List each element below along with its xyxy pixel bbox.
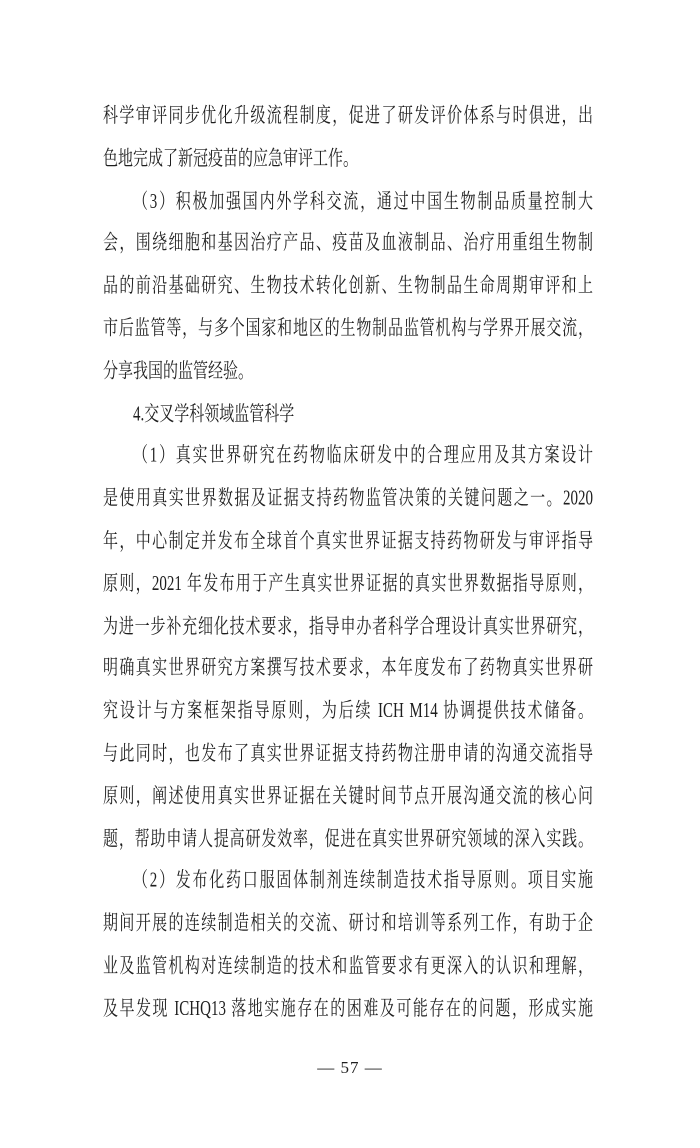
text-line: 与此同时，也发布了真实世界证据支持药物注册申请的沟通交流指导	[103, 733, 593, 775]
text-line: 是使用真实世界数据及证据支持药物监管决策的关键问题之一。2020	[103, 478, 593, 520]
text-line: 原则，2021 年发布用于产生真实世界证据的真实世界数据指导原则，	[103, 563, 593, 605]
text-line: 为进一步补充细化技术要求，指导申办者科学合理设计真实世界研究，	[103, 606, 593, 648]
text-line: 及早发现 ICHQ13 落地实施存在的困难及可能存在的问题，形成实施	[103, 988, 593, 1030]
text-line: 科学审评同步优化升级流程制度，促进了研发评价体系与时俱进，出	[103, 96, 593, 138]
text-line: （3）积极加强国内外学科交流，通过中国生物制品质量控制大	[103, 181, 593, 223]
text-line: 色地完成了新冠疫苗的应急审评工作。	[103, 138, 593, 180]
page-text-block: 科学审评同步优化升级流程制度，促进了研发评价体系与时俱进，出色地完成了新冠疫苗的…	[103, 96, 593, 1031]
text-line: 分享我国的监管经验。	[103, 351, 593, 393]
text-line: 4.交叉学科领域监管科学	[103, 393, 593, 435]
text-line: 业及监管机构对连续制造的技术和监管要求有更深入的认识和理解，	[103, 946, 593, 988]
text-line: 明确真实世界研究方案撰写技术要求，本年度发布了药物真实世界研	[103, 648, 593, 690]
text-line: （2）发布化药口服固体制剂连续制造技术指导原则。项目实施	[103, 861, 593, 903]
text-line: 期间开展的连续制造相关的交流、研讨和培训等系列工作，有助于企	[103, 903, 593, 945]
text-line: （1）真实世界研究在药物临床研发中的合理应用及其方案设计	[103, 436, 593, 478]
text-line: 年，中心制定并发布全球首个真实世界证据支持药物研发与审评指导	[103, 521, 593, 563]
document-page: 科学审评同步优化升级流程制度，促进了研发评价体系与时俱进，出色地完成了新冠疫苗的…	[0, 0, 700, 1148]
text-line: 会，围绕细胞和基因治疗产品、疫苗及血液制品、治疗用重组生物制	[103, 223, 593, 265]
page-number: — 57 —	[0, 1058, 700, 1078]
text-line: 究设计与方案框架指导原则，为后续 ICH M14 协调提供技术储备。	[103, 691, 593, 733]
text-line: 原则，阐述使用真实世界证据在关键时间节点开展沟通交流的核心问	[103, 776, 593, 818]
text-line: 品的前沿基础研究、生物技术转化创新、生物制品生命周期审评和上	[103, 266, 593, 308]
text-line: 题，帮助申请人提高研发效率，促进在真实世界研究领域的深入实践。	[103, 818, 593, 860]
text-line: 市后监管等，与多个国家和地区的生物制品监管机构与学界开展交流，	[103, 308, 593, 350]
